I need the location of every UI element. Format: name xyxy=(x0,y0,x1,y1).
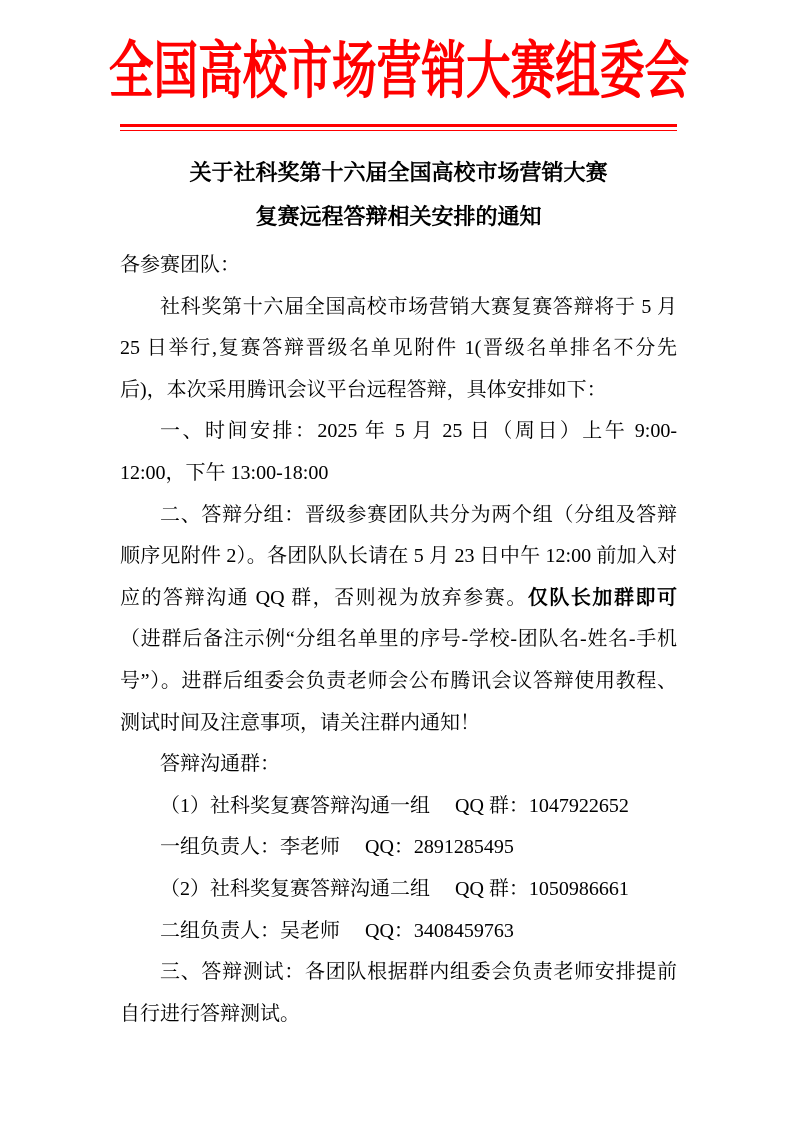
paragraph-grouping: 二、答辩分组：晋级参赛团队共分为两个组（分组及答辩顺序见附件 2）。各团队队长请… xyxy=(120,495,677,745)
document-title-line1: 关于社科奖第十六届全国高校市场营销大赛 xyxy=(120,151,677,195)
salutation: 各参赛团队： xyxy=(120,245,677,287)
paragraph-grouping-bold-note: 仅队长加群即可 xyxy=(528,587,677,609)
paragraph-grouping-text-post: （进群后备注示例“分组名单里的序号-学校-团队名-姓名-手机号”）。进群后组委会… xyxy=(120,628,677,733)
letterhead-double-rule xyxy=(120,124,677,131)
document-title-line2: 复赛远程答辩相关安排的通知 xyxy=(120,195,677,239)
document-title: 关于社科奖第十六届全国高校市场营销大赛 复赛远程答辩相关安排的通知 xyxy=(120,151,677,239)
document-body: 各参赛团队： 社科奖第十六届全国高校市场营销大赛复赛答辩将于 5 月 25 日举… xyxy=(120,245,677,1035)
qq-group2-line: （2）社科奖复赛答辩沟通二组 QQ 群：1050986661 xyxy=(120,869,677,911)
letterhead-organization-title: 全国高校市场营销大赛组委会 xyxy=(108,41,688,103)
notice-document-page: 全国高校市场营销大赛组委会 关于社科奖第十六届全国高校市场营销大赛 复赛远程答辩… xyxy=(0,0,793,1122)
paragraph-intro: 社科奖第十六届全国高校市场营销大赛复赛答辩将于 5 月 25 日举行,复赛答辩晋… xyxy=(120,287,677,412)
qq-group1-line: （1）社科奖复赛答辩沟通一组 QQ 群：1047922652 xyxy=(120,786,677,828)
paragraph-defense-test: 三、答辩测试：各团队根据群内组委会负责老师安排提前自行进行答辩测试。 xyxy=(120,952,677,1035)
qq-leader2-line: 二组负责人：吴老师 QQ：3408459763 xyxy=(120,911,677,953)
paragraph-time-arrangement: 一、时间安排：2025 年 5 月 25 日（周日）上午 9:00-12:00，… xyxy=(120,411,677,494)
qq-leader1-line: 一组负责人：李老师 QQ：2891285495 xyxy=(120,827,677,869)
qq-section-label: 答辩沟通群： xyxy=(120,744,677,786)
letterhead: 全国高校市场营销大赛组委会 xyxy=(120,28,677,116)
